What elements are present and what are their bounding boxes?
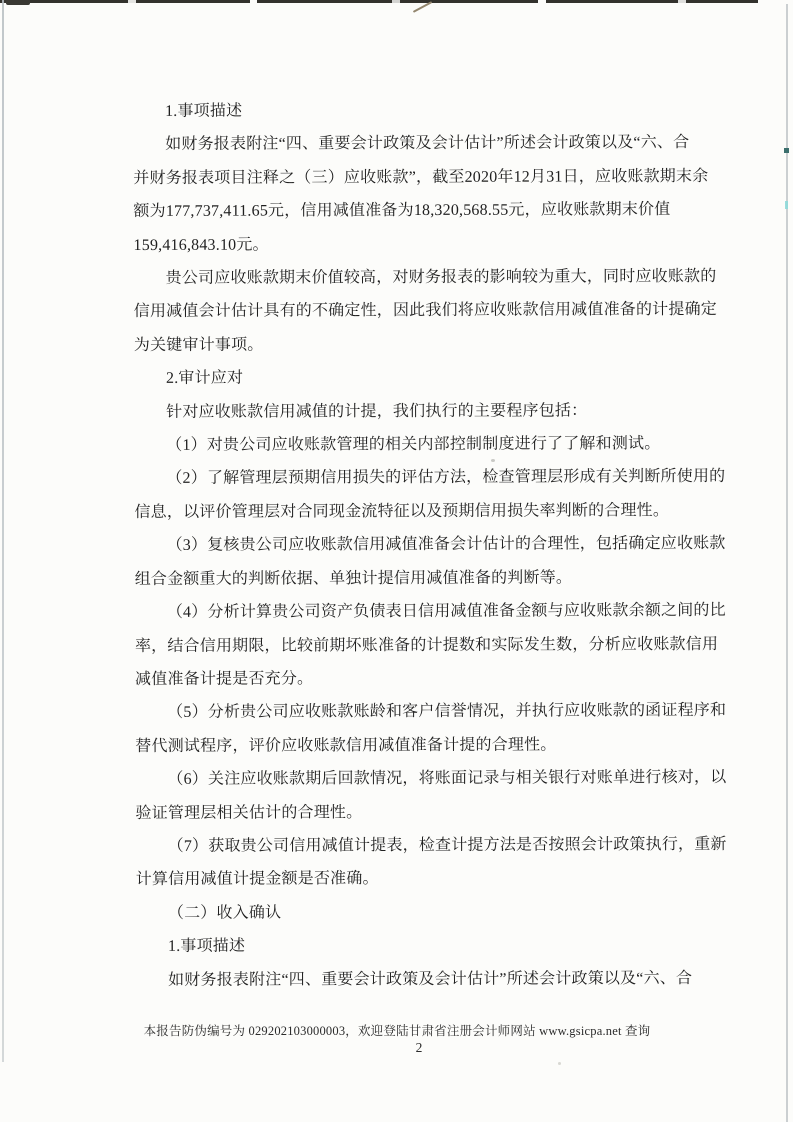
text-line: 贵公司应收账款期末价值较高，对财务报表的影响较为重大，同时应收账款的 <box>134 260 706 295</box>
list-item-2: （2）了解管理层预期信用损失的评估方法，检查管理层形成有关判断所使用的 <box>134 460 706 495</box>
text-line: 针对应收账款信用减值的计提，我们执行的主要程序包括： <box>134 394 706 429</box>
scan-speck <box>558 1062 561 1065</box>
heading-item-description: 1.事项描述 <box>136 928 708 963</box>
text-line: 额为177,737,411.65元，信用减值准备为18,320,568.55元，… <box>133 193 705 228</box>
list-item-5: （5）分析贵公司应收账款账龄和客户信誉情况，并执行应收账款的函证程序和 <box>135 694 707 729</box>
text-block: 1.事项描述 如财务报表附注“四、重要会计政策及会计估计”所述会计政策以及“六、… <box>133 93 708 997</box>
scan-speck <box>785 201 788 209</box>
heading-audit-response: 2.审计应对 <box>134 360 706 395</box>
right-edge-scan-line <box>786 4 788 1122</box>
text-line: 率，结合信用期限，比较前期坏账准备的计提数和实际发生数，分析应收账款信用 <box>135 628 707 663</box>
list-item-3: （3）复核贵公司应收账款信用减值准备会计估计的合理性，包括确定应收账款 <box>135 527 707 562</box>
left-edge-scan-line <box>2 0 4 1062</box>
list-item-1: （1）对贵公司应收账款管理的相关内部控制制度进行了了解和测试。 <box>134 427 706 462</box>
text-line: 如财务报表附注“四、重要会计政策及会计估计”所述会计政策以及“六、合 <box>136 962 708 997</box>
list-item-7: （7）获取贵公司信用减值计提表，检查计提方法是否按照会计政策执行，重新 <box>136 828 708 863</box>
document-page: 1.事项描述 如财务报表附注“四、重要会计政策及会计估计”所述会计政策以及“六、… <box>0 0 793 1122</box>
text-line: 并财务报表项目注释之（三）应收账款”，截至2020年12月31日，应收账款期末余 <box>133 160 705 195</box>
report-anti-counterfeit-footer: 本报告防伪编号为 029202103000003，欢迎登陆甘肃省注册会计师网站 … <box>111 1021 683 1039</box>
top-left-edge-artifact <box>6 0 30 5</box>
heading-revenue-recognition: （二）收入确认 <box>136 895 708 930</box>
text-line: 组合金额重大的判断依据、单独计提信用减值准备的判断等。 <box>135 561 707 596</box>
text-line: 计算信用减值计提金额是否准确。 <box>136 861 708 896</box>
text-line: 验证管理层相关估计的合理性。 <box>135 795 707 830</box>
text-line: 减值准备计提是否充分。 <box>135 661 707 696</box>
list-item-4: （4）分析计算贵公司资产负债表日信用减值准备金额与应收账款余额之间的比 <box>135 594 707 629</box>
text-line: 如财务报表附注“四、重要会计政策及会计估计”所述会计政策以及“六、合 <box>133 126 705 161</box>
scan-speck <box>784 148 789 153</box>
text-line: 为关键审计事项。 <box>134 327 706 362</box>
heading-item-description: 1.事项描述 <box>133 93 705 128</box>
text-line: 159,416,843.10元。 <box>133 227 705 262</box>
top-edge-scan-artifact <box>0 0 793 3</box>
text-line: 替代测试程序，评价应收账款信用减值准备计提的合理性。 <box>135 728 707 763</box>
page-number: 2 <box>133 1040 705 1056</box>
text-line: 信息，以评价管理层对合同现金流特征以及预期信用损失率判断的合理性。 <box>134 494 706 529</box>
text-line: 信用减值会计估计具有的不确定性，因此我们将应收账款信用减值准备的计提确定 <box>134 293 706 328</box>
list-item-6: （6）关注应收账款期后回款情况，将账面记录与相关银行对账单进行核对，以 <box>135 761 707 796</box>
